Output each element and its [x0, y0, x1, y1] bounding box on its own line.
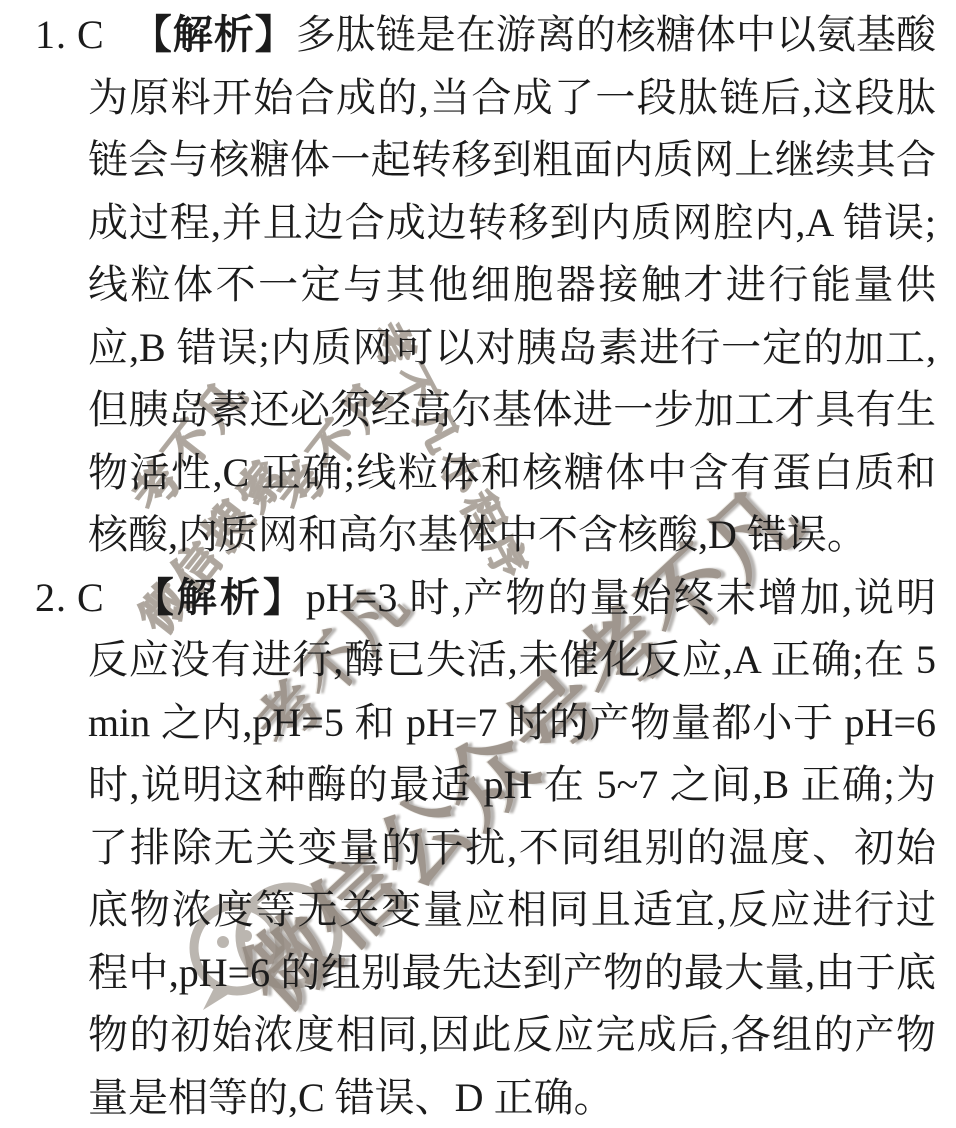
answer-document: 1.C【解析】多肽链是在游离的核糖体中以氨基酸为原料开始合成的,当合成了一段肽链… [0, 0, 956, 1128]
answer-item-2: 2.C【解析】pH=3 时,产物的量始终未增加,说明反应没有进行,酶已失活,未催… [35, 567, 936, 1128]
analysis-label: 【解析】 [132, 575, 306, 621]
answer-letter: C [77, 12, 104, 57]
answer-letter: C [77, 575, 104, 620]
explanation-text: 多肽链是在游离的核糖体中以氨基酸为原料开始合成的,当合成了一段肽链后,这段肽链会… [88, 12, 936, 557]
item-number: 1. [35, 12, 67, 57]
analysis-label: 【解析】 [132, 12, 296, 58]
answer-item-1: 1.C【解析】多肽链是在游离的核糖体中以氨基酸为原料开始合成的,当合成了一段肽链… [35, 4, 936, 567]
item-number: 2. [35, 575, 67, 620]
explanation-text: pH=3 时,产物的量始终未增加,说明反应没有进行,酶已失活,未催化反应,A 正… [88, 575, 936, 1120]
